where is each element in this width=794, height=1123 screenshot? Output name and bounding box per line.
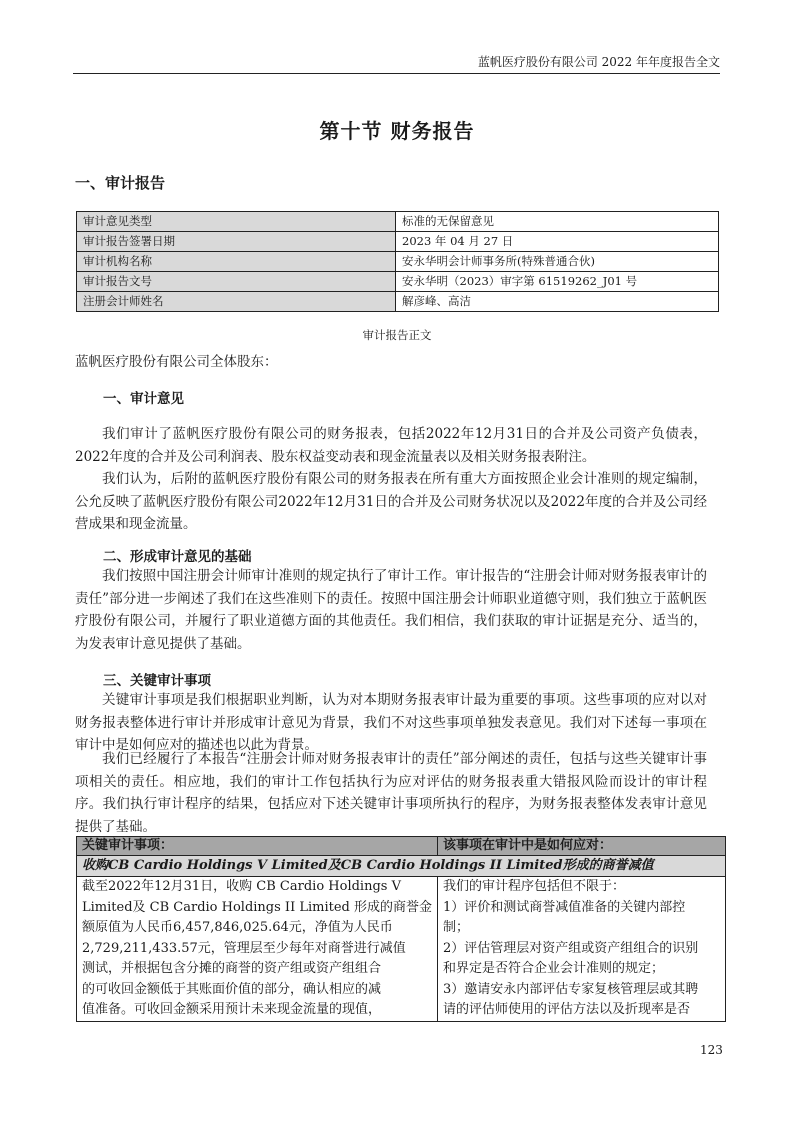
- info-label: 审计报告文号: [77, 272, 396, 292]
- matter-description-line: 的可收回金额低于其账面价值的部分，确认相应的减: [82, 980, 432, 1001]
- audit-response-line: 制；: [443, 918, 720, 939]
- audit-info-table: 审计意见类型 标准的无保留意见 审计报告签署日期 2023 年 04 月 27 …: [76, 211, 719, 312]
- matter-description-line: 额原值为人民币6,457,846,025.64元，净值为人民币: [82, 918, 432, 939]
- opinion-heading: 一、审计意见: [103, 387, 184, 407]
- basis-heading: 二、形成审计意见的基础: [103, 545, 252, 565]
- audit-response-cell: 我们的审计程序包括但不限于： 1）评价和测试商誉减值准备的关键内部控 制； 2）…: [437, 877, 725, 1022]
- matter-description-cell: 截至2022年12月31日，收购 CB Cardio Holdings V Li…: [77, 877, 438, 1022]
- opinion-paragraph: 我们审计了蓝帆医疗股份有限公司的财务报表，包括2022年12月31日的合并及公司…: [75, 423, 707, 468]
- info-label: 审计机构名称: [77, 252, 396, 272]
- table-row: 注册会计师姓名 解彦峰、高洁: [77, 292, 719, 312]
- matter-description-line: 截至2022年12月31日，收购 CB Cardio Holdings V: [82, 877, 432, 898]
- audit-response-line: 请的评估师使用的评估方法以及折现率是否: [443, 1000, 720, 1021]
- audit-response-line: 和界定是否符合企业会计准则的规定；: [443, 959, 720, 980]
- column-header-key-matter: 关键审计事项：: [77, 837, 438, 856]
- table-row: 截至2022年12月31日，收购 CB Cardio Holdings V Li…: [77, 877, 726, 1022]
- section-title-audit-report: 一、审计报告: [75, 172, 165, 193]
- info-label: 注册会计师姓名: [77, 292, 396, 312]
- matter-description-line: 值准备。可收回金额采用预计未来现金流量的现值，: [82, 1000, 432, 1021]
- matter-description-line: 2,729,211,433.57元，管理层至少每年对商誉进行减值: [82, 939, 432, 960]
- table-row: 审计意见类型 标准的无保留意见: [77, 212, 719, 232]
- report-caption: 审计报告正文: [0, 327, 794, 343]
- info-value: 安永华明会计师事务所(特殊普通合伙): [396, 252, 719, 272]
- table-row: 审计机构名称 安永华明会计师事务所(特殊普通合伙): [77, 252, 719, 272]
- info-label: 审计报告签署日期: [77, 232, 396, 252]
- chapter-title: 第十节 财务报告: [0, 115, 794, 144]
- matter-title-row: 收购CB Cardio Holdings V Limited及CB Cardio…: [77, 856, 726, 877]
- audit-response-line: 3）邀请安永内部评估专家复核管理层或其聘: [443, 980, 720, 1001]
- key-matters-heading: 三、关键审计事项: [103, 669, 211, 689]
- basis-paragraph: 我们按照中国注册会计师审计准则的规定执行了审计工作。审计报告的“注册会计师对财务…: [75, 565, 707, 655]
- opinion-paragraph: 我们认为，后附的蓝帆医疗股份有限公司的财务报表在所有重大方面按照企业会计准则的规…: [75, 468, 707, 536]
- matter-description-line: 测试，并根据包含分摊的商誉的资产组或资产组组合: [82, 959, 432, 980]
- info-label: 审计意见类型: [77, 212, 396, 232]
- key-matters-paragraph: 关键审计事项是我们根据职业判断，认为对本期财务报表审计最为重要的事项。这些事项的…: [75, 689, 707, 757]
- page-number: 123: [700, 1043, 723, 1057]
- key-matters-paragraph: 我们已经履行了本报告“注册会计师对财务报表审计的责任”部分阐述的责任，包括与这些…: [75, 748, 707, 838]
- audit-response-line: 2）评估管理层对资产组或资产组组合的识别: [443, 939, 720, 960]
- audit-response-line: 我们的审计程序包括但不限于：: [443, 877, 720, 898]
- info-value: 安永华明（2023）审字第 61519262_J01 号: [396, 272, 719, 292]
- info-value: 标准的无保留意见: [396, 212, 719, 232]
- info-value: 解彦峰、高洁: [396, 292, 719, 312]
- table-row: 审计报告文号 安永华明（2023）审字第 61519262_J01 号: [77, 272, 719, 292]
- audit-response-line: 1）评价和测试商誉减值准备的关键内部控: [443, 898, 720, 919]
- column-header-response: 该事项在审计中是如何应对：: [437, 837, 725, 856]
- salutation: 蓝帆医疗股份有限公司全体股东：: [75, 350, 278, 370]
- matter-title: 收购CB Cardio Holdings V Limited及CB Cardio…: [77, 856, 726, 877]
- matter-description-line: Limited及 CB Cardio Holdings II Limited 形…: [82, 898, 432, 919]
- info-value: 2023 年 04 月 27 日: [396, 232, 719, 252]
- running-header: 蓝帆医疗股份有限公司 2022 年年度报告全文: [73, 53, 720, 74]
- key-audit-matters-table: 关键审计事项： 该事项在审计中是如何应对： 收购CB Cardio Holdin…: [76, 836, 726, 1022]
- table-row: 审计报告签署日期 2023 年 04 月 27 日: [77, 232, 719, 252]
- table-header-row: 关键审计事项： 该事项在审计中是如何应对：: [77, 837, 726, 856]
